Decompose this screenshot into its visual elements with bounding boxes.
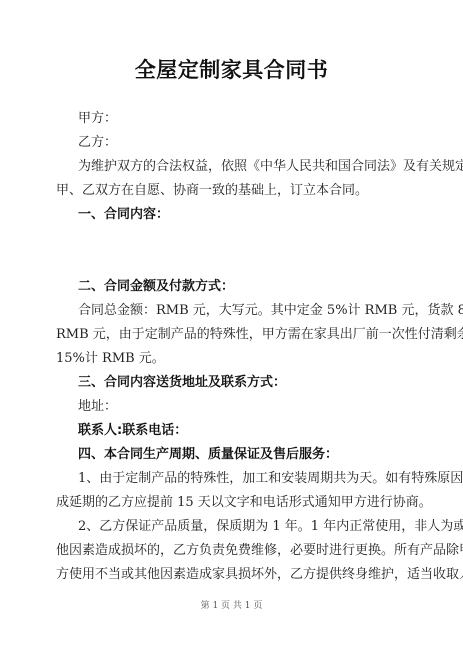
intro-line-1: 为维护双方的合法权益，依照《中华人民共和国合同法》及有关规定，: [78, 159, 408, 175]
section-2-line-3: 15%计 RMB 元。: [56, 351, 408, 367]
section-4-line-4: 他因素造成损坏的，乙方负责免费维修，必要时进行更换。所有产品除甲: [56, 543, 408, 559]
section-4-line-2: 成延期的乙方应提前 15 天以文字和电话形式通知甲方进行协商。: [56, 495, 408, 511]
section-1-heading: 一、合同内容：: [78, 207, 408, 223]
section-2-heading: 二、合同金额及付款方式：: [78, 279, 408, 295]
document-title: 全屋定制家具合同书: [0, 54, 463, 84]
party-b-label: 乙方：: [78, 135, 408, 151]
section-4-line-5: 方使用不当或其他因素造成家具损坏外，乙方提供终身维护，适当收取人: [56, 567, 408, 583]
section-4-heading: 四、本合同生产周期、质量保证及售后服务：: [78, 447, 408, 463]
section-2-line-2: RMB 元，由于定制产品的特殊性，甲方需在家具出厂前一次性付清剩余尾款: [56, 327, 408, 343]
section-4-line-3: 2、乙方保证产品质量，保质期为 1 年。1 年内正常使用，非人为或其: [78, 519, 408, 535]
intro-line-2: 甲、乙双方在自愿、协商一致的基础上，订立本合同。: [56, 183, 408, 199]
page-number-footer: 第 1 页 共 1 页: [0, 598, 463, 611]
contact-label: 联系人:联系电话：: [78, 423, 408, 439]
section-2-line-1: 合同总金额：RMB 元，大写元。其中定金 5%计 RMB 元，货款 80%计: [78, 303, 408, 319]
party-a-label: 甲方：: [78, 111, 408, 127]
address-label: 地址：: [78, 399, 408, 415]
section-4-line-1: 1、由于定制产品的特殊性，加工和安装周期共为天。如有特殊原因造: [78, 471, 408, 487]
section-3-heading: 三、合同内容送货地址及联系方式：: [78, 375, 408, 391]
document-page: 全屋定制家具合同书 甲方： 乙方： 为维护双方的合法权益，依照《中华人民共和国合…: [0, 0, 463, 655]
